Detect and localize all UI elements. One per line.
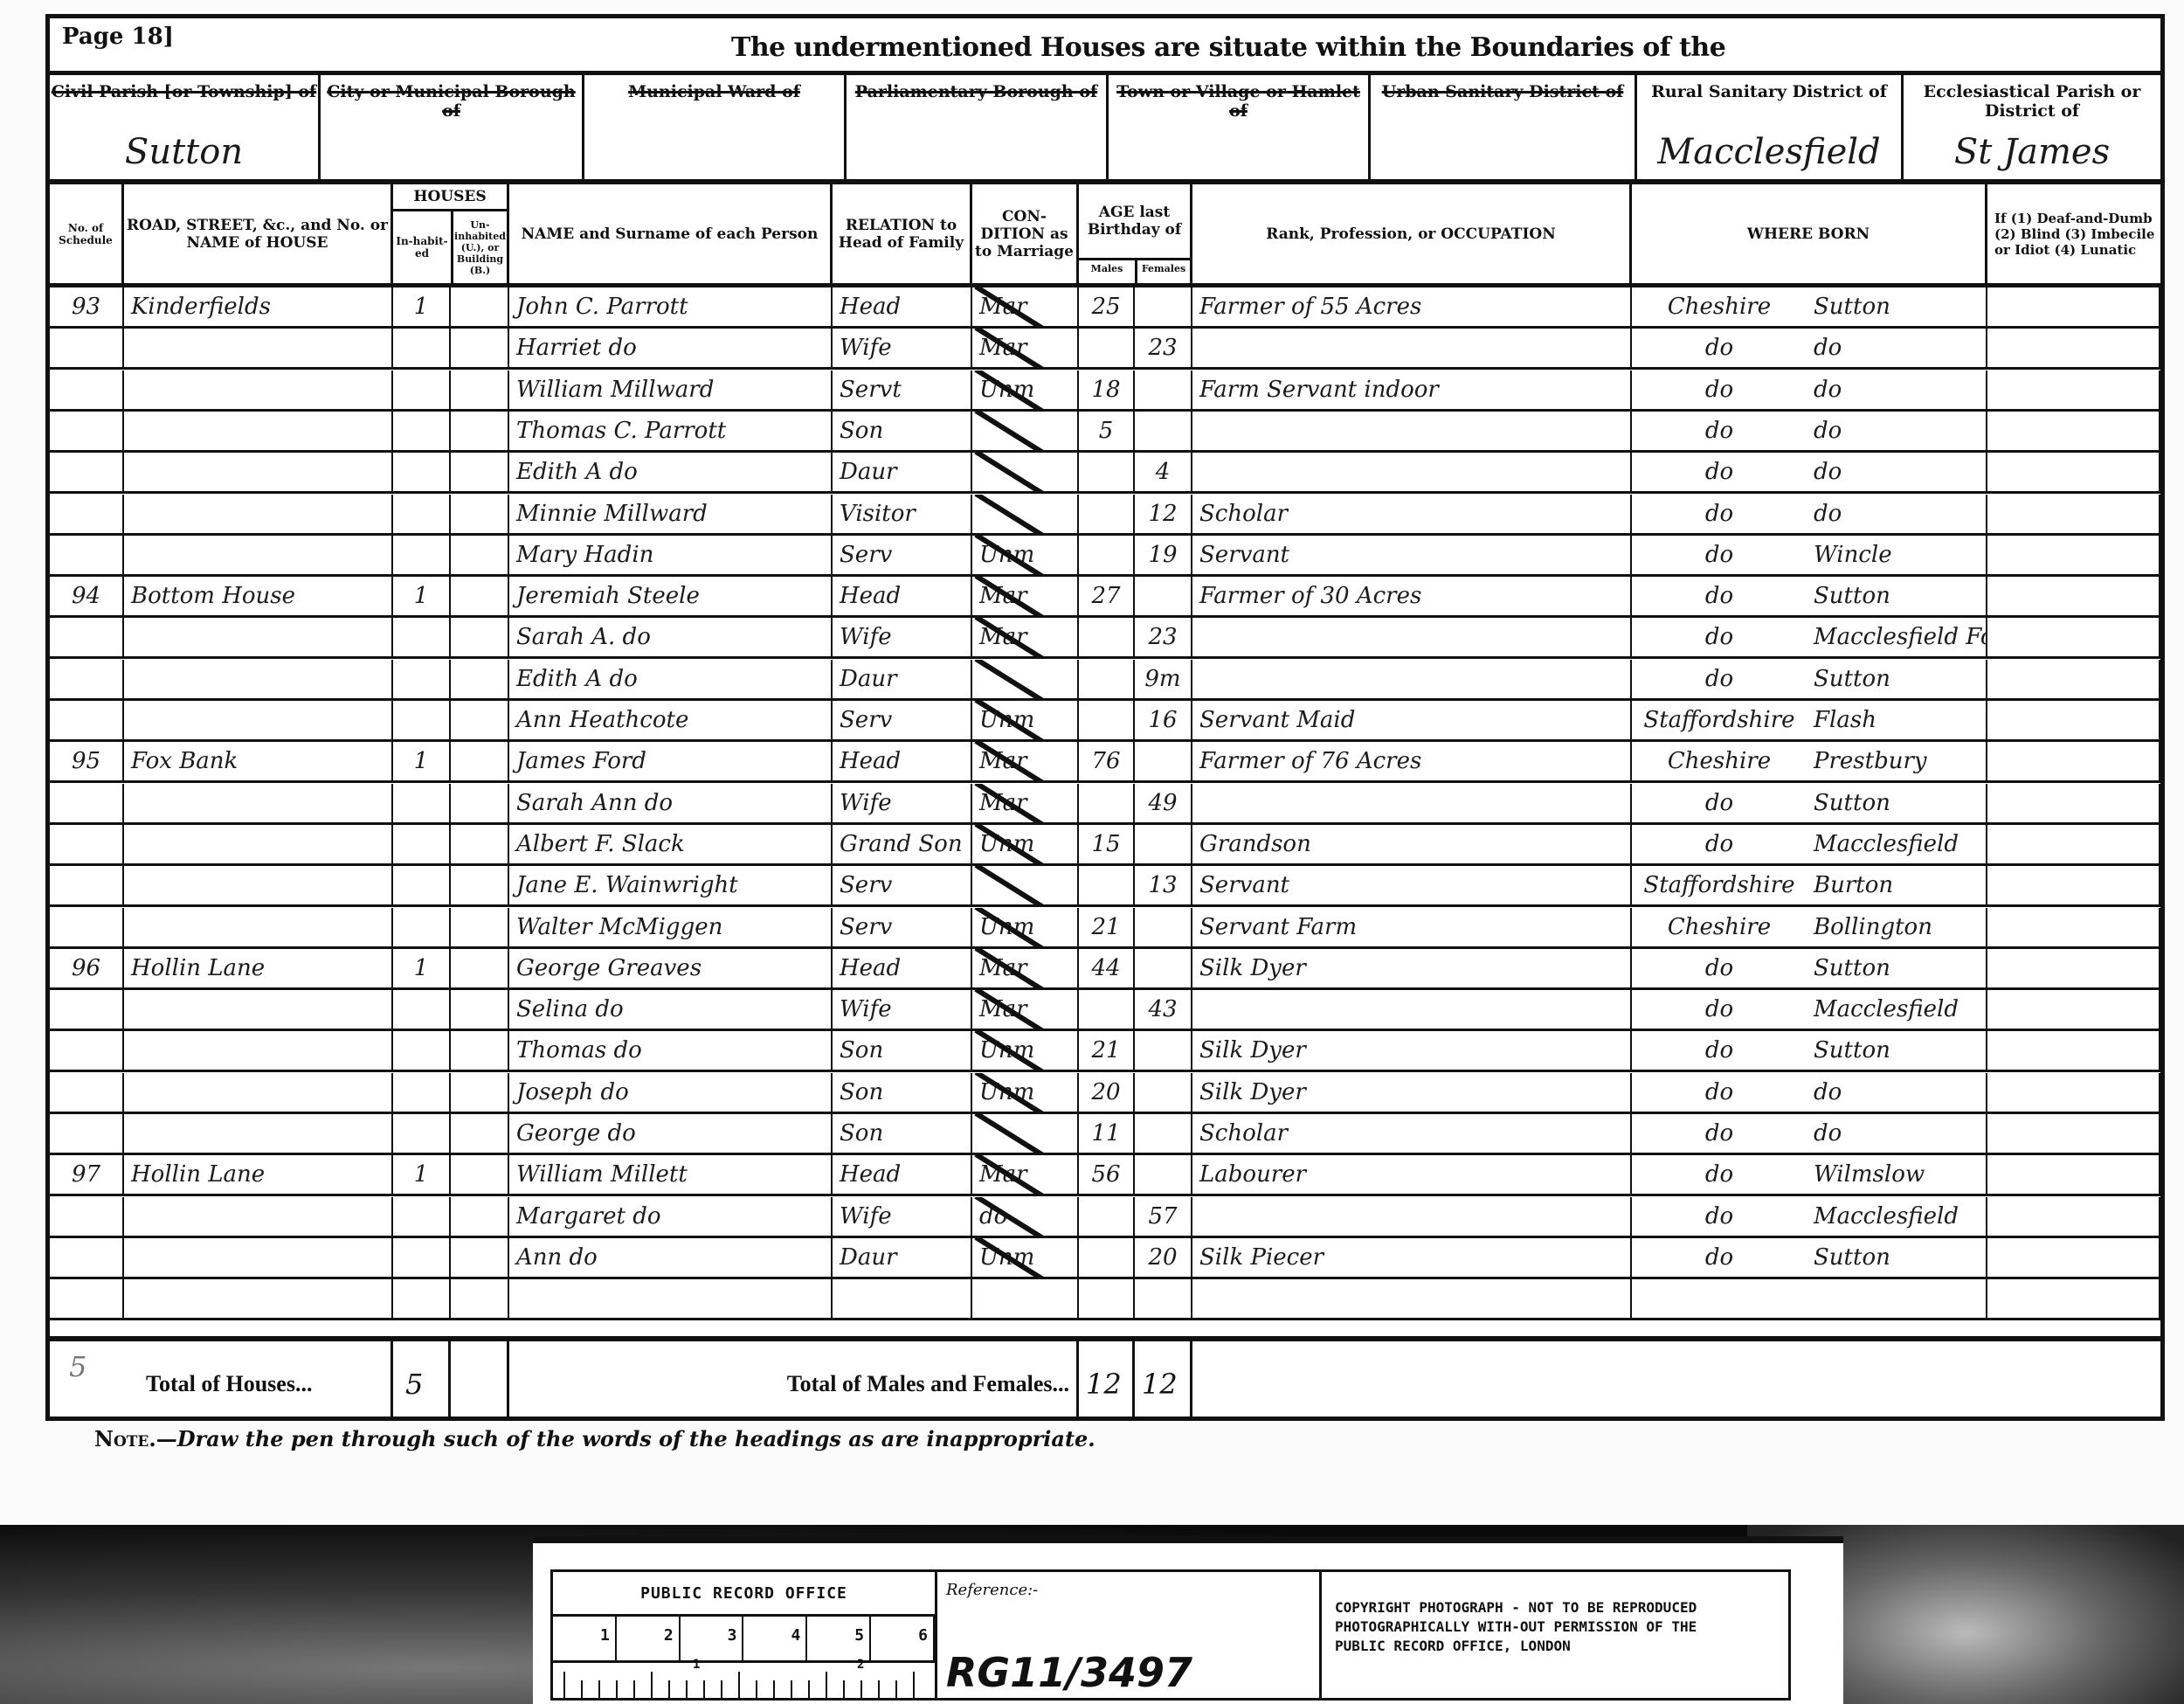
ruler-tick [791, 1680, 792, 1698]
cell-relation: Serv [833, 536, 972, 574]
cell-born-county: do [1632, 495, 1807, 533]
cell-name: Edith A do [509, 660, 833, 698]
cell-condition: Unm [972, 536, 1079, 574]
table-row: Sarah A. doWifeMar23doMacclesfield Fores… [50, 618, 2160, 659]
cell-female-age: 43 [1135, 990, 1192, 1029]
table-row: Thomas C. ParrottSon5dodo [50, 412, 2160, 453]
cell-schedule [50, 371, 124, 409]
cell-schedule [50, 1114, 124, 1153]
total-females: 12 [1142, 1368, 1178, 1401]
cell-schedule [50, 495, 124, 533]
cell-born-county: do [1632, 1031, 1807, 1070]
cell-inhabited [393, 1279, 451, 1318]
cell-inf [1987, 949, 2160, 987]
cell-condition [972, 866, 1079, 904]
cell-born-county: Cheshire [1632, 742, 1807, 780]
cell-relation: Daur [833, 1238, 972, 1277]
strike-mark [974, 618, 1044, 656]
cell-condition: Unm [972, 371, 1079, 409]
cell-born-county: do [1632, 1114, 1807, 1153]
cell-born-county: do [1632, 825, 1807, 863]
cell-road: Hollin Lane [124, 949, 393, 987]
cell-name: George do [509, 1114, 833, 1153]
cell-occupation: Labourer [1192, 1155, 1632, 1194]
cell-name: William Millett [509, 1155, 833, 1194]
cell-name: Edith A do [509, 453, 833, 491]
cell-born-place: Flash [1807, 701, 1987, 739]
table-row: William MillwardServtUnm18Farm Servant i… [50, 371, 2160, 412]
cell-uninh [451, 371, 509, 409]
cell-schedule: 97 [50, 1155, 124, 1194]
boundary-value: Sutton [50, 132, 318, 172]
ruler-tick [860, 1680, 862, 1698]
col-condition: CON-DITION as to Marriage [972, 184, 1079, 283]
cell-relation: Serv [833, 701, 972, 739]
cell-inhabited [393, 1114, 451, 1153]
cell-name [509, 1279, 833, 1318]
strike-mark [974, 287, 1044, 326]
cell-relation: Grand Son [833, 825, 972, 863]
cell-relation: Head [833, 1155, 972, 1194]
cell-inf [1987, 1197, 2160, 1236]
cell-uninh [451, 618, 509, 656]
col-road: ROAD, STREET, &c., and No. or NAME of HO… [124, 184, 393, 283]
table-row: Sarah Ann doWifeMar49doSutton [50, 784, 2160, 825]
cell-relation: Visitor [833, 495, 972, 533]
cell-condition: Unm [972, 825, 1079, 863]
cell-male-age [1079, 329, 1135, 367]
cell-born-county: Cheshire [1632, 287, 1807, 326]
cell-relation: Servt [833, 371, 972, 409]
table-row: Joseph doSonUnm20Silk Dyerdodo [50, 1073, 2160, 1114]
cell-female-age [1135, 287, 1192, 326]
cell-born-place: Sutton [1807, 660, 1987, 698]
cell-relation: Head [833, 949, 972, 987]
cell-schedule: 94 [50, 577, 124, 615]
cell-uninh [451, 577, 509, 615]
cell-male-age: 15 [1079, 825, 1135, 863]
cell-occupation [1192, 1197, 1632, 1236]
cell-born-county: do [1632, 1073, 1807, 1112]
ruler-tick [826, 1672, 827, 1698]
scale-ruler: PUBLIC RECORD OFFICE 1 2 3 4 5 6 1 2 [553, 1572, 937, 1698]
strike-mark [974, 908, 1044, 946]
strike-mark [974, 825, 1044, 863]
cell-schedule [50, 825, 124, 863]
strike-mark [974, 1238, 1044, 1277]
cell-schedule [50, 1238, 124, 1277]
table-row: Albert F. SlackGrand SonUnm15GrandsondoM… [50, 825, 2160, 866]
cell-uninh [451, 990, 509, 1029]
table-row [50, 1279, 2160, 1320]
cell-condition: Unm [972, 701, 1079, 739]
cell-female-age [1135, 949, 1192, 987]
office-title: PUBLIC RECORD OFFICE [553, 1584, 935, 1603]
table-row: Jane E. WainwrightServ13ServantStaffords… [50, 866, 2160, 907]
cell-occupation: Servant [1192, 866, 1632, 904]
cell-inhabited [393, 1073, 451, 1112]
cell-born-county: Cheshire [1632, 908, 1807, 946]
cell-born-place: Sutton [1807, 577, 1987, 615]
cell-relation: Son [833, 1114, 972, 1153]
cell-occupation: Servant [1192, 536, 1632, 574]
cell-uninh [451, 536, 509, 574]
cell-male-age [1079, 990, 1135, 1029]
cell-road [124, 701, 393, 739]
cell-male-age: 44 [1079, 949, 1135, 987]
cell-occupation: Servant Maid [1192, 701, 1632, 739]
cell-relation: Wife [833, 618, 972, 656]
cell-name: Mary Hadin [509, 536, 833, 574]
cell-inhabited [393, 701, 451, 739]
strike-mark [974, 412, 1044, 450]
boundaries-row: Civil Parish [or Township] of Sutton Cit… [50, 71, 2160, 184]
cell-born-place: Burton [1807, 866, 1987, 904]
cell-name: Jeremiah Steele [509, 577, 833, 615]
cell-inhabited [393, 1031, 451, 1070]
cell-inhabited: 1 [393, 742, 451, 780]
cell-relation: Wife [833, 329, 972, 367]
cell-relation: Wife [833, 1197, 972, 1236]
cell-schedule [50, 453, 124, 491]
cell-uninh [451, 784, 509, 822]
cell-born-county: Staffordshire [1632, 701, 1807, 739]
cell-born-place: Bollington [1807, 908, 1987, 946]
cell-born-place: do [1807, 1114, 1987, 1153]
table-row: 97Hollin Lane1William MillettHeadMar56La… [50, 1155, 2160, 1196]
cell-name: Ann do [509, 1238, 833, 1277]
cell-male-age: 20 [1079, 1073, 1135, 1112]
cell-occupation: Servant Farm [1192, 908, 1632, 946]
table-row: 94Bottom House1Jeremiah SteeleHeadMar27F… [50, 577, 2160, 618]
cell-occupation: Farmer of 30 Acres [1192, 577, 1632, 615]
cell-male-age: 18 [1079, 371, 1135, 409]
boundary-municipal-borough: City or Municipal Borough of [321, 75, 584, 179]
cell-road [124, 908, 393, 946]
ruler-tick [738, 1672, 740, 1698]
cell-occupation: Silk Dyer [1192, 1073, 1632, 1112]
ruler-tick [581, 1680, 583, 1698]
table-row: Minnie MillwardVisitor12Scholardodo [50, 495, 2160, 536]
cell-name: Sarah Ann do [509, 784, 833, 822]
cell-name: Ann Heathcote [509, 701, 833, 739]
cell-inf [1987, 1155, 2160, 1194]
col-infirmity: If (1) Deaf-and-Dumb (2) Blind (3) Imbec… [1987, 184, 2160, 283]
cell-road [124, 453, 393, 491]
cell-name: William Millward [509, 371, 833, 409]
cell-uninh [451, 1114, 509, 1153]
cell-inhabited [393, 453, 451, 491]
cell-condition: Mar [972, 742, 1079, 780]
col-age: AGE last Birthday of Males Females [1079, 184, 1192, 283]
cell-road [124, 536, 393, 574]
cell-name: Minnie Millward [509, 495, 833, 533]
cell-inf [1987, 701, 2160, 739]
cell-inhabited: 1 [393, 577, 451, 615]
strike-mark [974, 577, 1044, 615]
cell-schedule: 96 [50, 949, 124, 987]
cell-male-age [1079, 866, 1135, 904]
cell-inf [1987, 618, 2160, 656]
cell-uninh [451, 1238, 509, 1277]
cell-name: George Greaves [509, 949, 833, 987]
table-row: Ann doDaurUnm20Silk PiecerdoSutton [50, 1238, 2160, 1279]
col-where-born: WHERE BORN [1632, 184, 1987, 283]
cell-condition: do [972, 1197, 1079, 1236]
cell-uninh [451, 495, 509, 533]
strike-mark [974, 1073, 1044, 1112]
strike-mark [974, 495, 1044, 533]
cell-condition: Mar [972, 990, 1079, 1029]
table-row: Harriet doWifeMar23dodo [50, 329, 2160, 370]
cell-inf [1987, 908, 2160, 946]
cell-born-county [1632, 1279, 1807, 1318]
strike-mark [974, 453, 1044, 491]
cell-name: Joseph do [509, 1073, 833, 1112]
ruler-tick [686, 1680, 688, 1698]
ruler-tick [633, 1680, 635, 1698]
cell-condition [972, 660, 1079, 698]
cell-born-county: Staffordshire [1632, 866, 1807, 904]
cell-relation: Serv [833, 908, 972, 946]
cell-inf [1987, 825, 2160, 863]
strike-mark [974, 742, 1044, 780]
cell-schedule [50, 1073, 124, 1112]
ruler-tick [756, 1680, 757, 1698]
cell-inf [1987, 1238, 2160, 1277]
boundary-municipal-ward: Municipal Ward of [584, 75, 847, 179]
cell-uninh [451, 453, 509, 491]
ruler-tick [651, 1672, 653, 1698]
cell-born-county: do [1632, 618, 1807, 656]
cell-schedule [50, 1279, 124, 1318]
col-uninhabited: Un-inhabited (U.), or Building (B.) [453, 211, 507, 283]
ruler-tick [563, 1672, 565, 1698]
reference-box: Reference:- RG11/3497 [937, 1572, 1322, 1698]
cell-female-age [1135, 371, 1192, 409]
boundary-value: St James [1904, 132, 2160, 172]
cell-inf [1987, 1279, 2160, 1318]
cell-relation [833, 1279, 972, 1318]
cell-occupation [1192, 1279, 1632, 1318]
cell-female-age [1135, 908, 1192, 946]
cell-road: Kinderfields [124, 287, 393, 326]
boundary-value: Macclesfield [1637, 132, 1901, 172]
cell-born-place: Sutton [1807, 784, 1987, 822]
cell-road [124, 329, 393, 367]
cell-female-age [1135, 1279, 1192, 1318]
cell-male-age: 21 [1079, 908, 1135, 946]
boundary-urban-sanitary: Urban Sanitary District of [1371, 75, 1637, 179]
cell-condition [972, 412, 1079, 450]
cell-female-age: 12 [1135, 495, 1192, 533]
cell-schedule [50, 329, 124, 367]
cell-relation: Son [833, 1073, 972, 1112]
cell-name: Selina do [509, 990, 833, 1029]
table-row: 93Kinderfields1John C. ParrottHeadMar25F… [50, 287, 2160, 329]
cell-occupation [1192, 660, 1632, 698]
cell-uninh [451, 287, 509, 326]
cell-uninh [451, 1031, 509, 1070]
cell-schedule [50, 1197, 124, 1236]
col-name: NAME and Surname of each Person [509, 184, 833, 283]
cell-male-age [1079, 1238, 1135, 1277]
cell-occupation [1192, 453, 1632, 491]
cell-condition: Mar [972, 618, 1079, 656]
reference-label: Reference:- [946, 1581, 1038, 1599]
cell-relation: Serv [833, 866, 972, 904]
cell-inhabited [393, 660, 451, 698]
cell-occupation: Scholar [1192, 1114, 1632, 1153]
cell-occupation: Grandson [1192, 825, 1632, 863]
copyright-notice: COPYRIGHT PHOTOGRAPH - NOT TO BE REPRODU… [1335, 1598, 1702, 1656]
cell-born-county: do [1632, 412, 1807, 450]
cell-born-county: do [1632, 1155, 1807, 1194]
cell-condition: Mar [972, 949, 1079, 987]
cell-inf [1987, 660, 2160, 698]
cell-born-place: Sutton [1807, 287, 1987, 326]
cell-inf [1987, 412, 2160, 450]
cell-inhabited: 1 [393, 1155, 451, 1194]
cell-road [124, 866, 393, 904]
cell-schedule: 93 [50, 287, 124, 326]
cell-relation: Head [833, 577, 972, 615]
cell-born-county: do [1632, 1238, 1807, 1277]
cell-inf [1987, 1073, 2160, 1112]
schedules-count: 5 [69, 1350, 86, 1383]
ruler-tick [878, 1680, 880, 1698]
cell-born-place: Wilmslow [1807, 1155, 1987, 1194]
cell-road [124, 1279, 393, 1318]
table-row: Margaret doWifedo57doMacclesfield [50, 1197, 2160, 1238]
cell-male-age [1079, 660, 1135, 698]
boundary-ecclesiastical-parish: Ecclesiastical Parish or District of St … [1904, 75, 2160, 179]
total-houses-value: 5 [405, 1368, 423, 1401]
cell-schedule [50, 1031, 124, 1070]
strike-mark [974, 949, 1044, 987]
cell-born-place: Macclesfield [1807, 1197, 1987, 1236]
boundary-parliamentary-borough: Parliamentary Borough of [847, 75, 1109, 179]
note: Note.—Draw the pen through such of the w… [94, 1426, 1095, 1451]
totals-row: 5 Total of Houses... 5 Total of Males an… [50, 1336, 2160, 1420]
cell-name: Thomas C. Parrott [509, 412, 833, 450]
table-row: Edith A doDaur4dodo [50, 453, 2160, 494]
cell-inf [1987, 453, 2160, 491]
strike-mark [974, 1197, 1044, 1236]
strike-mark [974, 701, 1044, 739]
ruler-tick [843, 1680, 845, 1698]
cell-born-place: Sutton [1807, 1031, 1987, 1070]
scale-numbers: 1 2 3 4 5 6 [553, 1614, 935, 1663]
cell-inhabited [393, 825, 451, 863]
cell-inhabited: 1 [393, 287, 451, 326]
ruler-tick [808, 1680, 810, 1698]
cell-condition: Unm [972, 1073, 1079, 1112]
cell-born-county: do [1632, 577, 1807, 615]
cell-born-county: do [1632, 784, 1807, 822]
cell-uninh [451, 1155, 509, 1194]
cell-uninh [451, 866, 509, 904]
cell-inf [1987, 1114, 2160, 1153]
cell-born-place: Macclesfield Forest [1807, 618, 1987, 656]
cell-relation: Daur [833, 453, 972, 491]
cell-born-county: do [1632, 453, 1807, 491]
col-males: Males [1079, 260, 1137, 283]
cell-relation: Son [833, 412, 972, 450]
cell-inf [1987, 866, 2160, 904]
cell-schedule [50, 908, 124, 946]
cell-born-place: Macclesfield [1807, 990, 1987, 1029]
cell-born-place: Prestbury [1807, 742, 1987, 780]
cell-uninh [451, 949, 509, 987]
cell-male-age [1079, 453, 1135, 491]
cell-name: Jane E. Wainwright [509, 866, 833, 904]
cell-road: Bottom House [124, 577, 393, 615]
strike-mark [974, 660, 1044, 698]
col-schedule: No. of Schedule [50, 184, 124, 283]
cell-female-age: 23 [1135, 329, 1192, 367]
cell-male-age [1079, 1197, 1135, 1236]
table-row: George doSon11Scholardodo [50, 1114, 2160, 1155]
strike-mark [974, 1155, 1044, 1194]
cell-name: Sarah A. do [509, 618, 833, 656]
cell-female-age [1135, 825, 1192, 863]
cell-inf [1987, 287, 2160, 326]
cell-occupation: Farm Servant indoor [1192, 371, 1632, 409]
col-females: Females [1137, 260, 1190, 283]
cell-born-place: do [1807, 1073, 1987, 1112]
cell-schedule [50, 660, 124, 698]
cell-road [124, 495, 393, 533]
cell-occupation [1192, 990, 1632, 1029]
cell-schedule [50, 412, 124, 450]
table-row: Mary HadinServUnm19ServantdoWincle [50, 536, 2160, 577]
cell-occupation: Farmer of 76 Acres [1192, 742, 1632, 780]
cell-condition: Unm [972, 1031, 1079, 1070]
cell-inhabited [393, 412, 451, 450]
cell-male-age [1079, 784, 1135, 822]
strike-mark [974, 329, 1044, 367]
cell-condition [972, 1279, 1079, 1318]
cell-born-place: do [1807, 329, 1987, 367]
cell-condition [972, 495, 1079, 533]
cell-condition: Unm [972, 1238, 1079, 1277]
cell-road [124, 618, 393, 656]
strike-mark [974, 1031, 1044, 1070]
cell-road [124, 412, 393, 450]
page-label: Page 18] [62, 24, 174, 50]
cell-condition: Mar [972, 287, 1079, 326]
col-inhabited: In-habit-ed [393, 211, 453, 283]
cell-female-age [1135, 1073, 1192, 1112]
cell-inhabited [393, 371, 451, 409]
table-row: Selina doWifeMar43doMacclesfield [50, 990, 2160, 1031]
cell-occupation [1192, 784, 1632, 822]
cell-condition [972, 453, 1079, 491]
cell-male-age: 5 [1079, 412, 1135, 450]
cell-uninh [451, 742, 509, 780]
total-persons-label: Total of Males and Females... [787, 1371, 1069, 1397]
cell-inf [1987, 329, 2160, 367]
cell-male-age: 21 [1079, 1031, 1135, 1070]
cell-road [124, 825, 393, 863]
cell-road [124, 660, 393, 698]
ruler-tick [703, 1680, 705, 1698]
cell-female-age [1135, 742, 1192, 780]
cell-name: Margaret do [509, 1197, 833, 1236]
cell-uninh [451, 701, 509, 739]
cell-inf [1987, 990, 2160, 1029]
